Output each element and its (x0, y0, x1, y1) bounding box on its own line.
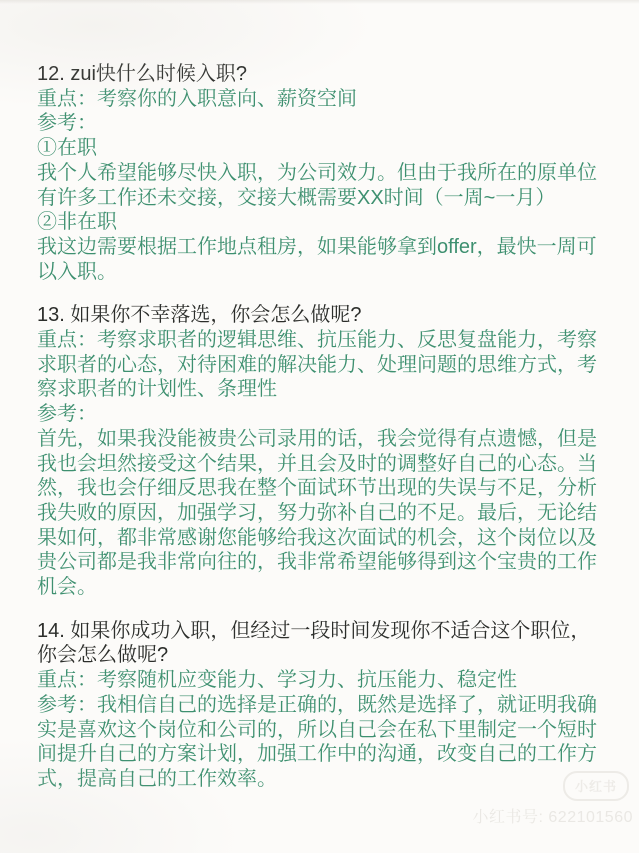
question-keypoints: 重点：考察你的入职意向、薪资空间 (37, 87, 609, 112)
question-title: 13. 如果你不幸落选，你会怎么做呢? (37, 303, 609, 328)
reference-label: 参考： (37, 111, 609, 136)
answer-option-1-text: 我个人希望能够尽快入职，为公司效力。但由于我所在的原单位有许多工作还未交接，交接… (37, 161, 609, 210)
reference-label: 参考： (37, 402, 609, 427)
question-title: 12. zui快什么时候入职? (37, 62, 609, 87)
answer-option-2-label: ②非在职 (37, 210, 609, 235)
question-block-13: 13. 如果你不幸落选，你会怎么做呢? 重点：考察求职者的逻辑思维、抗压能力、反… (37, 303, 609, 599)
question-block-12: 12. zui快什么时候入职? 重点：考察你的入职意向、薪资空间 参考： ①在职… (37, 62, 609, 284)
answer-text: 首先，如果我没能被贵公司录用的话，我会觉得有点遗憾，但是我也会坦然接受这个结果，… (37, 427, 609, 600)
question-title: 14. 如果你成功入职，但经过一段时间发现你不适合这个职位，你会怎么做呢? (37, 619, 609, 668)
note-page: 12. zui快什么时候入职? 重点：考察你的入职意向、薪资空间 参考： ①在职… (0, 0, 639, 853)
question-block-14: 14. 如果你成功入职，但经过一段时间发现你不适合这个职位，你会怎么做呢? 重点… (37, 619, 609, 792)
question-keypoints: 重点：考察求职者的逻辑思维、抗压能力、反思复盘能力，考察求职者的心态，对待困难的… (37, 328, 609, 402)
question-keypoints: 重点：考察随机应变能力、学习力、抗压能力、稳定性 (37, 668, 609, 693)
answer-text: 参考：我相信自己的选择是正确的，既然是选择了，就证明我确实是喜欢这个岗位和公司的… (37, 693, 609, 792)
note-content: 12. zui快什么时候入职? 重点：考察你的入职意向、薪资空间 参考： ①在职… (37, 62, 609, 811)
answer-option-1-label: ①在职 (37, 136, 609, 161)
answer-option-2-text: 我这边需要根据工作地点租房，如果能够拿到offer，最快一周可以入职。 (37, 235, 609, 284)
